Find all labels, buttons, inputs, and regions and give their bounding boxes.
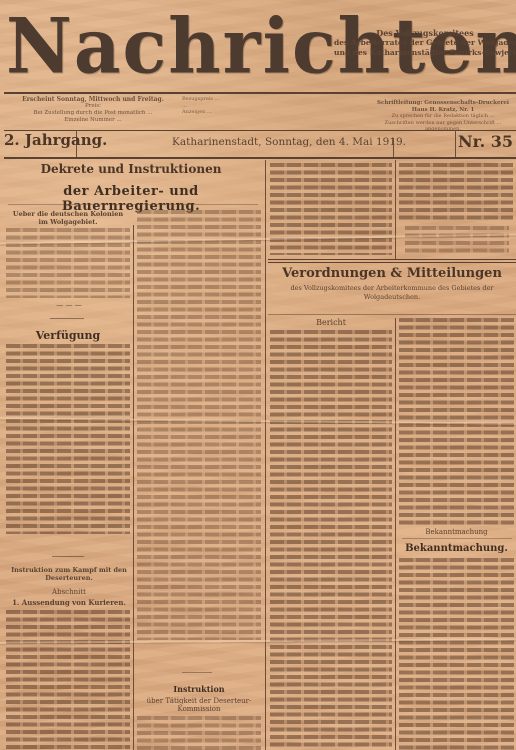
instruction-item: 1. Aussendung von Kurieren. <box>8 598 130 607</box>
volume-label: 2. Jahrgang. <box>4 131 107 149</box>
masthead-subtitle-line: des Arbeiterrates der Gebiete der Wolgad… <box>334 38 516 48</box>
main-headline: Dekrete und Instruktionen <box>0 162 262 176</box>
article-text <box>270 163 392 255</box>
notice-right-title: Bekanntmachung. <box>399 543 514 554</box>
info-line: Anzeigen ... <box>182 109 262 116</box>
section-bericht: Bericht <box>270 318 392 327</box>
right-headline-sub: des Vollzugskomitees der Arbeiterkommune… <box>268 284 516 302</box>
info-line: Zu sprechen für die Redaktion täglich ..… <box>372 113 514 120</box>
issue-number: Nr. 35 <box>458 132 513 151</box>
masthead-rule <box>4 92 516 94</box>
instruction-headline: Instruktion zum Kampf mit den Deserteure… <box>8 566 130 582</box>
publication-info: Erscheint Sonntag, Mittwoch und Freitag.… <box>8 96 178 124</box>
notice-mid-title: Instruktion <box>137 684 261 694</box>
publication-schedule: Erscheint Sonntag, Mittwoch und Freitag. <box>8 96 178 103</box>
byline: — — — <box>10 301 128 309</box>
section-rule <box>268 262 516 263</box>
column-rule <box>265 160 266 750</box>
notice-right-sub: Bekanntmachung <box>399 528 514 536</box>
lead-left: Ueber die deutschen Kolonien im Wolgageb… <box>8 210 128 226</box>
newspaper-title: Nachrichten <box>6 0 336 94</box>
info-line: Preis: <box>8 103 178 110</box>
place-date: Katharinenstadt, Sonntag, den 4. Mai 191… <box>172 136 372 148</box>
dateline-divider <box>455 130 456 158</box>
editorial-address: Schriftleitung: Genossenschafts-Druckere… <box>372 100 514 113</box>
separator <box>52 556 84 557</box>
separator <box>50 318 84 319</box>
info-line: Einzelne Nummer ... <box>8 117 178 124</box>
section-rule <box>268 259 516 260</box>
article-text <box>6 228 130 298</box>
article-text <box>6 610 130 750</box>
pricing-info: Bezugspreis ... ... Anzeigen ... <box>182 96 262 116</box>
masthead-subtitle-line: und des Katharinenstädter Bezirks-Sowjet… <box>334 48 516 58</box>
section-rule <box>268 314 516 315</box>
column-rule <box>395 160 396 260</box>
article-text <box>6 344 130 534</box>
masthead-subtitle: Des Vollzugskomitees des Arbeiterrates d… <box>334 28 516 58</box>
article-text <box>137 716 261 750</box>
right-headline: Verordnungen & Mitteilungen <box>268 266 516 281</box>
article-text <box>405 226 509 256</box>
instruction-section: Abschnitt <box>8 588 130 596</box>
info-line: Bei Zustellung durch die Post monatlich … <box>8 110 178 117</box>
section-rule <box>402 538 512 539</box>
article-text <box>137 210 261 640</box>
notice-mid-subtitle: über Tätigkeit der Deserteur-Kommission <box>137 697 261 713</box>
masthead-subtitle-line: Des Vollzugskomitees <box>334 28 516 38</box>
separator <box>182 672 212 673</box>
article-text <box>399 163 513 223</box>
editorial-info: Schriftleitung: Genossenschafts-Druckere… <box>372 100 514 133</box>
column-rule <box>395 318 396 750</box>
section-verfuegung: Verfügung <box>6 329 130 342</box>
article-text <box>270 330 392 750</box>
headline-rule <box>8 204 258 205</box>
dateline-bottom-rule <box>4 157 516 159</box>
article-text <box>399 558 514 750</box>
column-rule <box>133 225 134 750</box>
